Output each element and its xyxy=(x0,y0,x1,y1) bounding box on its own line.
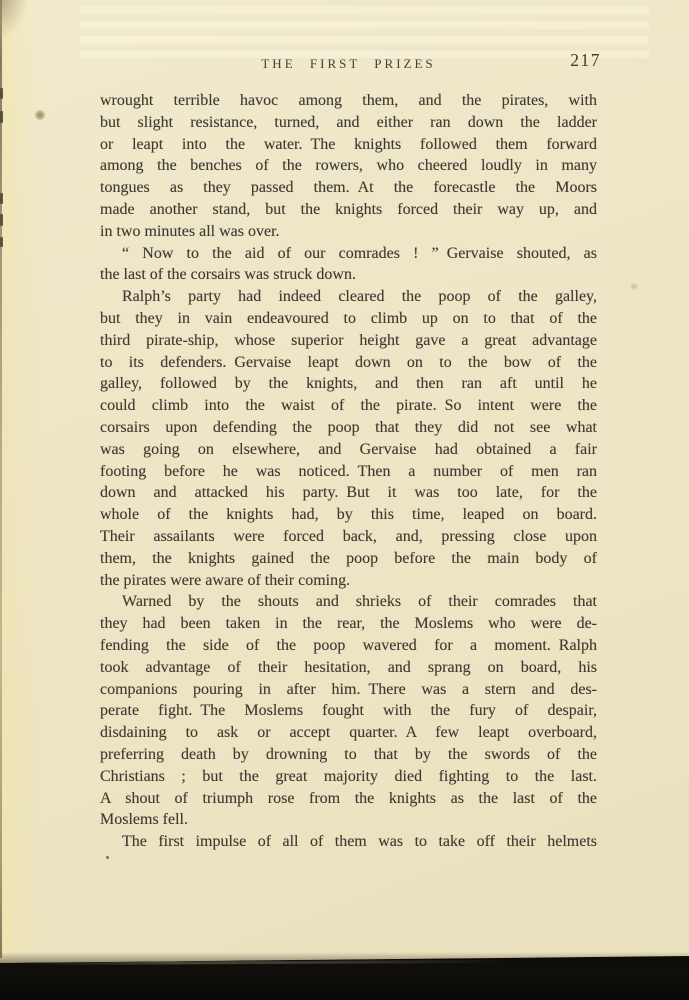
text-line: them, the knights gained the poop before… xyxy=(100,548,597,570)
text-line: “ Now to the aid of our comrades ! ” Ger… xyxy=(100,243,597,265)
paragraph: wrought terrible havoc among them, and t… xyxy=(100,90,597,243)
text-line: companions pouring in after him. There w… xyxy=(100,679,597,701)
text-line: tongues as they passed them. At the fore… xyxy=(100,177,597,199)
text-line: Christians ; but the great majority died… xyxy=(100,766,597,788)
text-line: in two minutes all was over. xyxy=(100,221,597,243)
text-line: Moslems fell. xyxy=(100,809,597,831)
paper-smudge xyxy=(630,283,638,290)
text-line: The first impulse of all of them was to … xyxy=(100,831,597,853)
ink-speck xyxy=(106,856,109,859)
text-line: took advantage of their hesitation, and … xyxy=(100,657,597,679)
paragraph: The first impulse of all of them was to … xyxy=(100,831,597,853)
paper-stain xyxy=(35,110,45,120)
text-line: perate fight. The Moslems fought with th… xyxy=(100,700,597,722)
adjacent-page-ink-mark xyxy=(0,193,3,204)
adjacent-page-ink-mark xyxy=(0,214,3,226)
text-line: wrought terrible havoc among them, and t… xyxy=(100,90,597,112)
text-line: or leapt into the water. The knights fol… xyxy=(100,134,597,156)
adjacent-page-ink-mark xyxy=(0,88,3,99)
text-line: corsairs upon defending the poop that th… xyxy=(100,417,597,439)
paragraph: “ Now to the aid of our comrades ! ” Ger… xyxy=(100,243,597,287)
text-line: they had been taken in the rear, the Mos… xyxy=(100,613,597,635)
text-line: third pirate-ship, whose superior height… xyxy=(100,330,597,352)
text-line: Their assailants were forced back, and, … xyxy=(100,526,597,548)
paragraph: Warned by the shouts and shrieks of thei… xyxy=(100,591,597,831)
adjacent-page-ink-mark xyxy=(0,237,3,247)
page-number: 217 xyxy=(570,50,601,71)
scanned-page: THE FIRST PRIZES 217 wrought terrible ha… xyxy=(0,0,689,1000)
text-line: disdaining to ask or accept quarter. A f… xyxy=(100,722,597,744)
text-line: Ralph’s party had indeed cleared the poo… xyxy=(100,286,597,308)
book-page: THE FIRST PRIZES 217 wrought terrible ha… xyxy=(0,0,689,963)
paragraph: Ralph’s party had indeed cleared the poo… xyxy=(100,286,597,591)
text-line: but slight resistance, turned, and eithe… xyxy=(100,112,597,134)
text-line: but they in vain endeavoured to climb up… xyxy=(100,308,597,330)
text-line: made another stand, but the knights forc… xyxy=(100,199,597,221)
page-left-edge xyxy=(0,0,2,958)
text-line: down and attacked his party. But it was … xyxy=(100,482,597,504)
text-line: A shout of triumph rose from the knights… xyxy=(100,788,597,810)
text-line: preferring death by drowning to that by … xyxy=(100,744,597,766)
text-line: was going on elsewhere, and Gervaise had… xyxy=(100,439,597,461)
text-line: galley, followed by the knights, and the… xyxy=(100,373,597,395)
text-line: among the benches of the rowers, who che… xyxy=(100,155,597,177)
text-line: could climb into the waist of the pirate… xyxy=(100,395,597,417)
page-header: THE FIRST PRIZES 217 xyxy=(100,52,597,74)
text-line: footing before he was noticed. Then a nu… xyxy=(100,461,597,483)
text-line: the last of the corsairs was struck down… xyxy=(100,264,597,286)
adjacent-page-ink-mark xyxy=(0,111,3,123)
text-line: Warned by the shouts and shrieks of thei… xyxy=(100,591,597,613)
page-body: wrought terrible havoc among them, and t… xyxy=(100,90,597,853)
text-line: fending the side of the poop wavered for… xyxy=(100,635,597,657)
text-line: the pirates were aware of their coming. xyxy=(100,570,597,592)
text-line: to its defenders. Gervaise leapt down on… xyxy=(100,352,597,374)
running-title: THE FIRST PRIZES xyxy=(100,56,597,72)
text-line: whole of the knights had, by this time, … xyxy=(100,504,597,526)
